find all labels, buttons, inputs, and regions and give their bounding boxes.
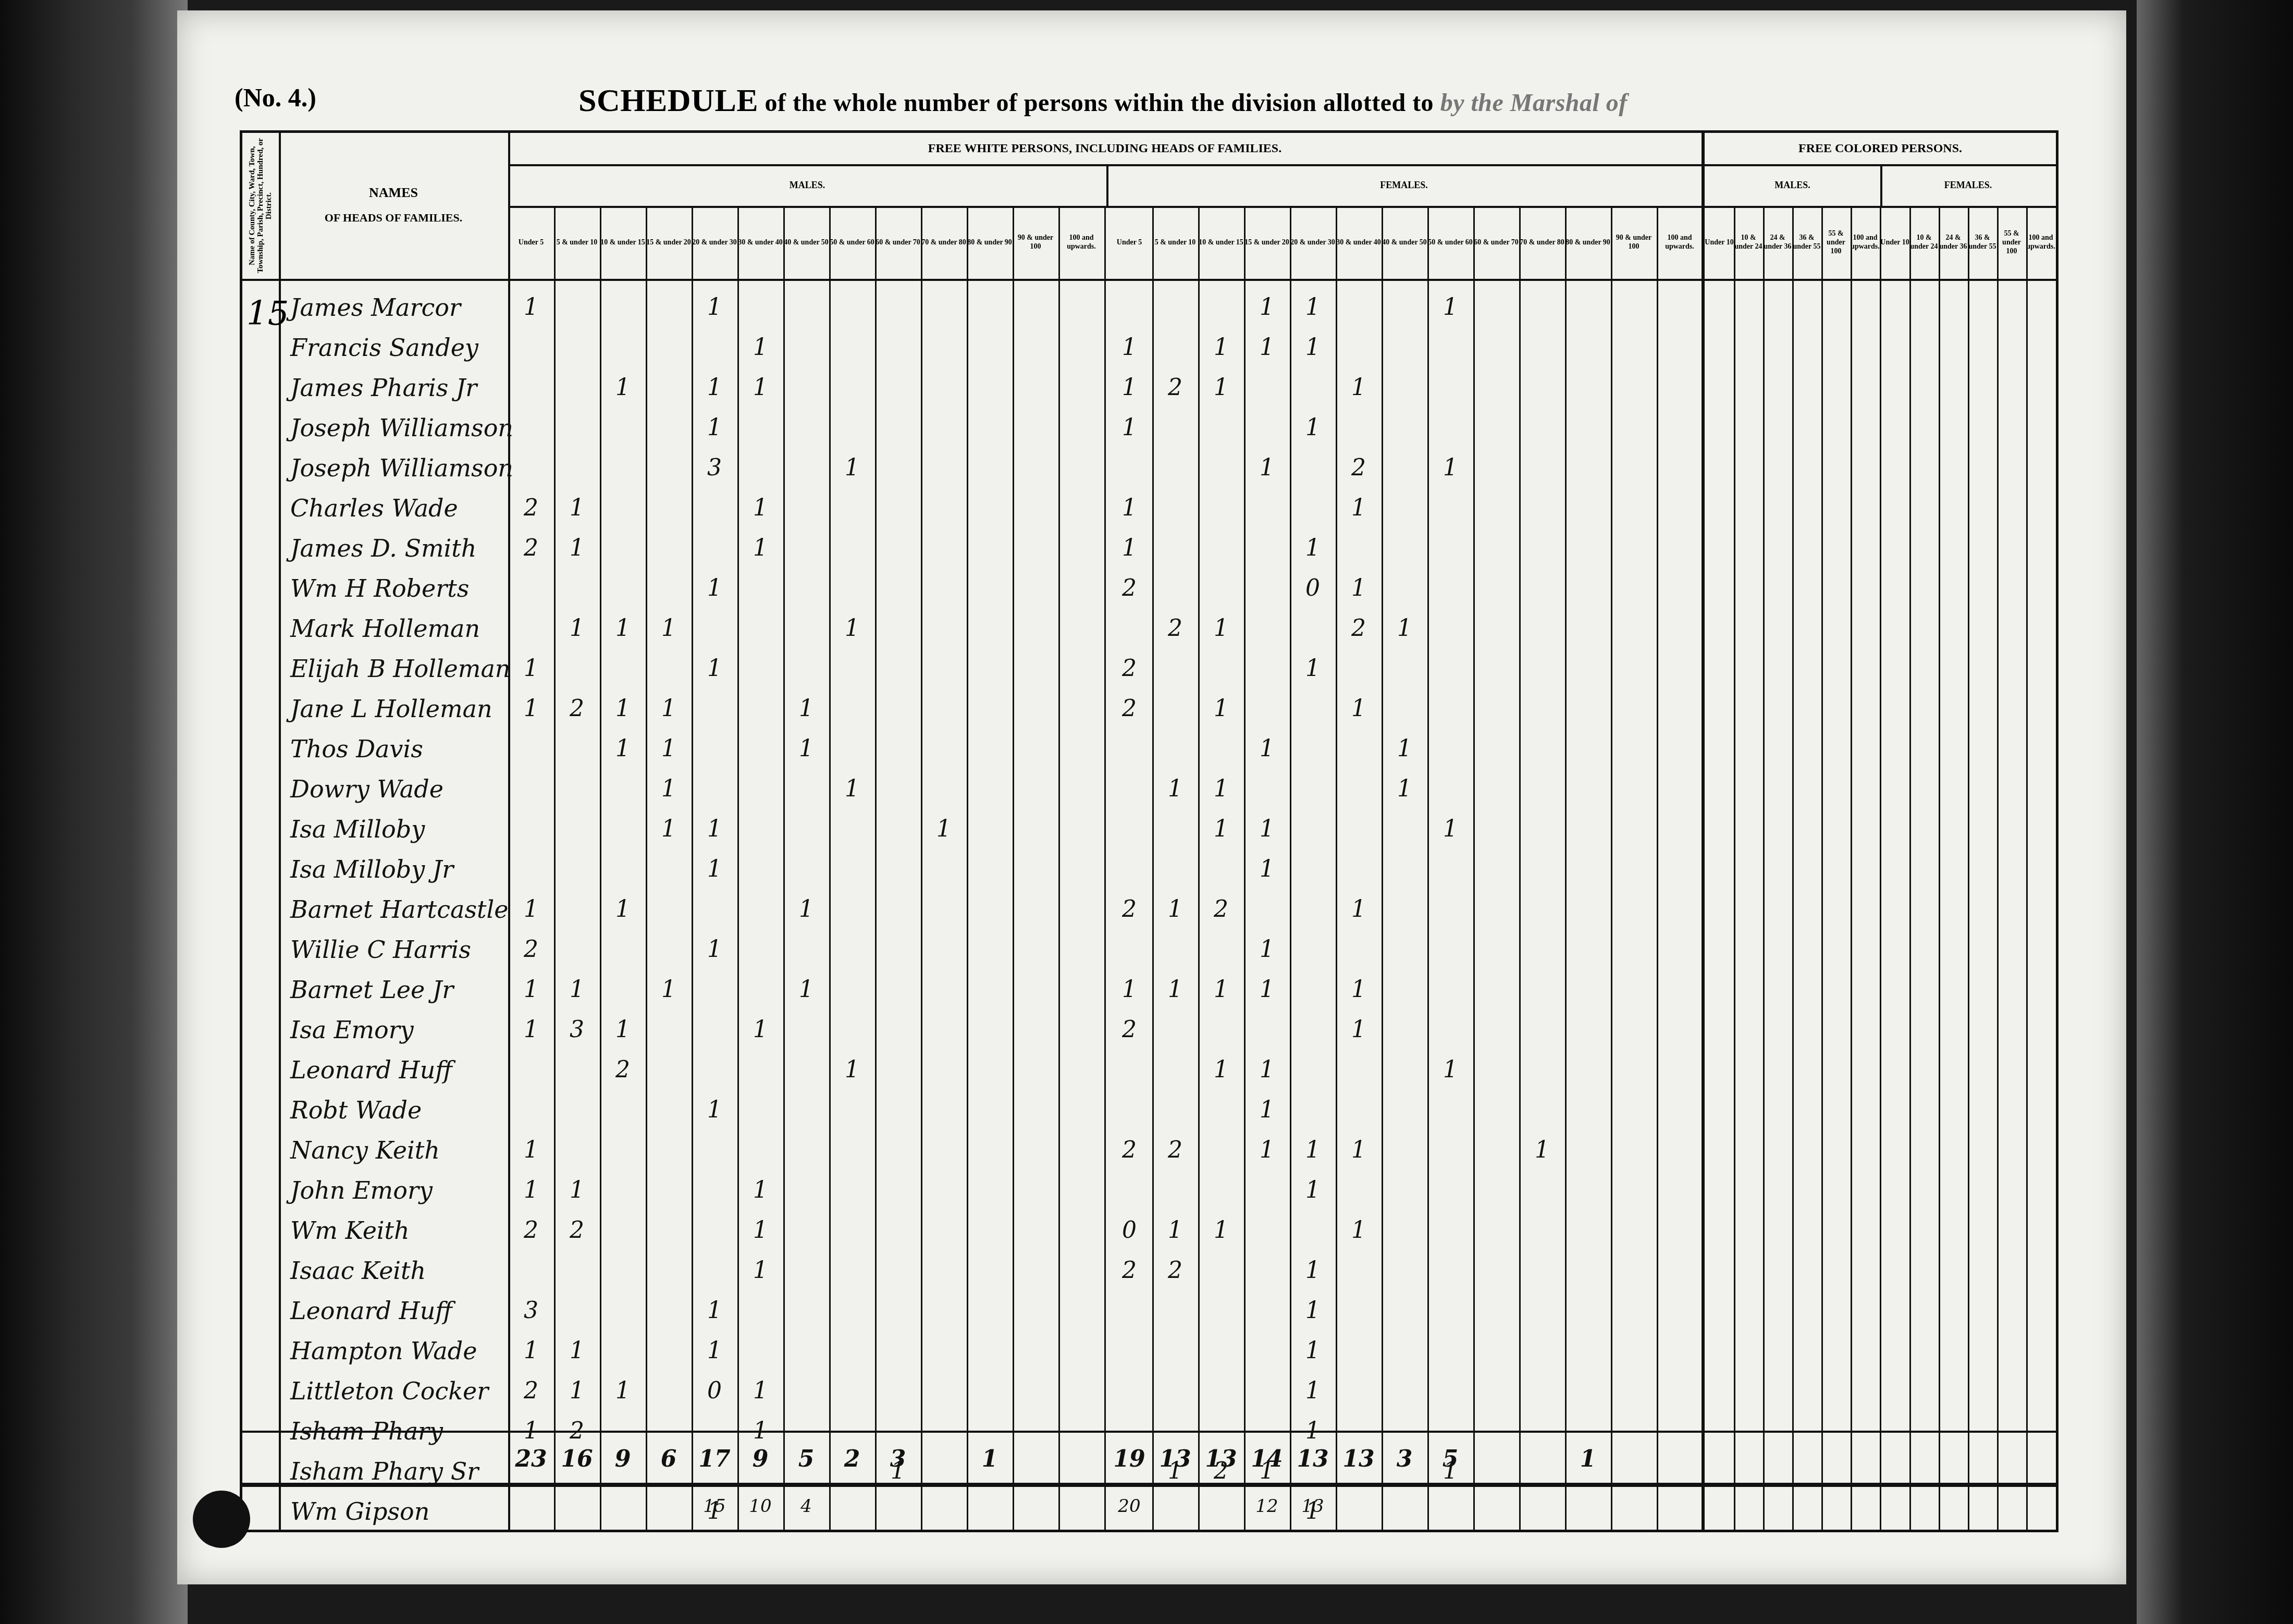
white-male-total: 17 <box>695 1438 734 1480</box>
column-rule <box>921 206 922 1530</box>
head-of-family-name: Nancy Keith <box>290 1132 440 1168</box>
white-male-count: 1 <box>511 691 551 727</box>
white-female-count: 1 <box>1201 691 1241 727</box>
white-male-count: 1 <box>786 731 826 767</box>
white-female-count: 1 <box>1385 731 1424 767</box>
white-female-count: 1 <box>1522 1132 1562 1168</box>
white-male-subtotal: 4 <box>786 1491 826 1522</box>
white-male-col-header: 50 & under 60 <box>829 206 875 279</box>
schedule-title-faded: by the Marshal of <box>1440 89 1628 117</box>
head-of-family-name: Barnet Hartcastle <box>290 891 508 928</box>
schedule-title-lead: SCHEDULE <box>578 83 758 118</box>
white-female-count: 1 <box>1293 1172 1333 1209</box>
white-female-count: 2 <box>1109 1012 1149 1048</box>
white-male-count: 1 <box>786 971 826 1008</box>
column-rule <box>1734 206 1735 1530</box>
white-female-count: 1 <box>1293 1293 1333 1329</box>
head-of-family-name: Willie C Harris <box>290 931 471 968</box>
white-female-count: 2 <box>1201 891 1241 928</box>
white-female-count: 1 <box>1339 570 1378 607</box>
county-column-label: Name of County, City, Ward, Town, Townsh… <box>248 133 273 279</box>
white-male-total: 3 <box>878 1438 918 1480</box>
white-male-count: 1 <box>511 650 551 687</box>
totals-divider <box>242 1431 2056 1433</box>
colored-male-col-header: 36 & under 55 <box>1792 206 1821 279</box>
column-rule <box>1152 206 1154 1530</box>
schedule-title: SCHEDULE of the whole number of persons … <box>578 82 1628 119</box>
census-table: Name of County, City, Ward, Town, Townsh… <box>240 130 2058 1532</box>
white-male-count: 1 <box>741 1373 780 1409</box>
colored-females-header: FEMALES. <box>1880 164 2056 208</box>
white-male-count: 1 <box>741 490 780 526</box>
white-male-count: 1 <box>832 610 872 647</box>
white-female-count: 1 <box>1247 931 1287 968</box>
white-male-count: 2 <box>511 1373 551 1409</box>
white-female-col-header: 70 & under 80 <box>1519 206 1565 279</box>
white-male-count: 1 <box>832 1052 872 1088</box>
white-male-count: 1 <box>695 410 734 446</box>
white-female-col-header: 50 & under 60 <box>1427 206 1473 279</box>
white-male-col-header: 30 & under 40 <box>737 206 783 279</box>
white-female-col-header: Under 5 <box>1106 206 1152 279</box>
head-of-family-name: Wm Gipson <box>290 1493 429 1530</box>
white-female-count: 1 <box>1339 691 1378 727</box>
head-of-family-name: Joseph Williamson <box>290 450 513 486</box>
column-rule <box>1792 206 1794 1530</box>
white-female-count: 2 <box>1109 1252 1149 1289</box>
white-female-subtotal: 12 <box>1247 1491 1287 1522</box>
head-of-family-name: James Pharis Jr <box>290 370 477 406</box>
head-of-family-name: Dowry Wade <box>290 771 443 807</box>
white-female-count: 1 <box>1155 971 1195 1008</box>
white-female-count: 1 <box>1247 1052 1287 1088</box>
white-male-count: 1 <box>511 891 551 928</box>
free-white-title: FREE WHITE PERSONS, INCLUDING HEADS OF F… <box>508 133 1702 166</box>
white-female-count: 1 <box>1247 1132 1287 1168</box>
county-column: Name of County, City, Ward, Town, Townsh… <box>242 133 281 1530</box>
white-male-count: 1 <box>741 1012 780 1048</box>
colored-male-col-header: 24 & under 36 <box>1763 206 1792 279</box>
white-male-count: 1 <box>741 530 780 567</box>
white-male-total: 5 <box>786 1438 826 1480</box>
head-of-family-name: Charles Wade <box>290 490 458 526</box>
white-female-count: 2 <box>1109 650 1149 687</box>
white-male-col-header: 80 & under 90 <box>967 206 1013 279</box>
white-male-count: 2 <box>511 530 551 567</box>
white-male-count: 1 <box>557 971 597 1008</box>
column-rule <box>600 206 601 1530</box>
colored-female-col-header: 55 & under 100 <box>1997 206 2026 279</box>
white-female-count: 1 <box>1339 490 1378 526</box>
white-female-count: 1 <box>1201 1212 1241 1249</box>
colored-males-header: MALES. <box>1705 164 1882 208</box>
head-of-family-name: Leonard Huff <box>290 1293 452 1329</box>
white-female-count: 1 <box>1293 410 1333 446</box>
white-female-col-header: 20 & under 30 <box>1290 206 1336 279</box>
head-of-family-name: Littleton Cocker <box>290 1373 488 1409</box>
column-rule <box>2026 206 2028 1530</box>
white-female-total: 13 <box>1339 1438 1378 1480</box>
white-male-count: 2 <box>511 1212 551 1249</box>
white-male-total: 9 <box>603 1438 643 1480</box>
white-female-count: 1 <box>1109 530 1149 567</box>
white-female-count: 1 <box>1293 530 1333 567</box>
column-rule <box>783 206 785 1530</box>
white-female-count: 1 <box>1293 329 1333 366</box>
white-female-count: 1 <box>1155 891 1195 928</box>
white-male-count: 1 <box>511 289 551 326</box>
column-rule <box>1104 206 1106 1530</box>
white-female-count: 1 <box>1155 1212 1195 1249</box>
white-male-count: 1 <box>557 1373 597 1409</box>
white-male-count: 1 <box>649 691 688 727</box>
head-of-family-name: Isa Milloby <box>290 811 425 847</box>
white-male-col-header: 60 & under 70 <box>875 206 921 279</box>
white-male-col-header: 100 and upwards. <box>1058 206 1104 279</box>
white-male-count: 1 <box>557 1333 597 1369</box>
white-male-col-header: 90 & under 100 <box>1013 206 1058 279</box>
white-female-count: 1 <box>1155 771 1195 807</box>
schedule-heading: (No. 4.) SCHEDULE of the whole number of… <box>235 68 2058 115</box>
head-of-family-name: James D. Smith <box>290 530 476 567</box>
white-male-count: 1 <box>695 931 734 968</box>
white-male-count: 1 <box>741 370 780 406</box>
white-male-col-header: 20 & under 30 <box>692 206 737 279</box>
white-female-count: 1 <box>1247 811 1287 847</box>
white-female-col-header: 80 & under 90 <box>1565 206 1611 279</box>
head-of-family-name: Hampton Wade <box>290 1333 477 1369</box>
column-rule <box>1058 206 1060 1530</box>
white-female-total: 14 <box>1247 1438 1287 1480</box>
totals-bottom-rule <box>242 1483 2056 1487</box>
white-male-count: 1 <box>649 771 688 807</box>
column-rule <box>1519 206 1521 1530</box>
white-female-count: 1 <box>1247 731 1287 767</box>
column-rule <box>737 206 739 1530</box>
scan-border-left <box>0 0 188 1624</box>
schedule-number: (No. 4.) <box>235 82 316 113</box>
white-female-total: 3 <box>1385 1438 1424 1480</box>
white-female-count: 1 <box>1339 1212 1378 1249</box>
column-rule <box>1244 206 1246 1530</box>
head-of-family-name: Leonard Huff <box>290 1052 452 1088</box>
white-female-count: 2 <box>1155 370 1195 406</box>
white-male-total: 2 <box>832 1438 872 1480</box>
white-male-count: 1 <box>695 851 734 888</box>
white-female-count: 1 <box>1109 971 1149 1008</box>
white-female-count: 2 <box>1155 1132 1195 1168</box>
column-rule <box>554 206 556 1530</box>
free-colored-title: FREE COLORED PERSONS. <box>1705 133 2056 166</box>
white-male-count: 1 <box>695 811 734 847</box>
white-male-total: 9 <box>741 1438 780 1480</box>
white-male-count: 1 <box>924 811 964 847</box>
white-male-count: 1 <box>695 1293 734 1329</box>
white-male-count: 0 <box>695 1373 734 1409</box>
head-of-family-name: Joseph Williamson <box>290 410 513 446</box>
white-female-count: 1 <box>1201 771 1241 807</box>
white-males-header: MALES. <box>508 164 1108 208</box>
white-male-col-header: 5 & under 10 <box>554 206 600 279</box>
group-rule <box>1702 133 1705 1530</box>
white-male-count: 1 <box>786 891 826 928</box>
names-column: NAMES OF HEADS OF FAMILIES. James Marcor… <box>279 133 510 1530</box>
white-female-count: 0 <box>1293 570 1333 607</box>
column-rule <box>1427 206 1429 1530</box>
names-header-subtitle: OF HEADS OF FAMILIES. <box>279 211 508 225</box>
head-of-family-name: Thos Davis <box>290 731 423 767</box>
white-female-col-header: 40 & under 50 <box>1382 206 1427 279</box>
white-male-count: 1 <box>832 450 872 486</box>
white-female-count: 1 <box>1109 370 1149 406</box>
white-female-count: 2 <box>1109 1132 1149 1168</box>
column-rule <box>829 206 831 1530</box>
white-female-subtotal: 13 <box>1293 1491 1333 1522</box>
white-female-count: 2 <box>1109 691 1149 727</box>
white-female-count: 1 <box>1247 851 1287 888</box>
white-female-count: 1 <box>1247 971 1287 1008</box>
column-rule <box>1565 206 1567 1530</box>
white-male-total: 6 <box>649 1438 688 1480</box>
colored-female-col-header: 10 & under 24 <box>1909 206 1939 279</box>
white-male-count: 1 <box>695 650 734 687</box>
head-of-family-name: Barnet Lee Jr <box>290 971 453 1008</box>
white-female-col-header: 30 & under 40 <box>1336 206 1382 279</box>
column-rule <box>1290 206 1291 1530</box>
white-female-total: 19 <box>1109 1438 1149 1480</box>
white-male-count: 1 <box>603 370 643 406</box>
column-rule <box>1013 206 1014 1530</box>
colored-male-col-header: Under 10 <box>1705 206 1734 279</box>
white-male-count: 1 <box>695 570 734 607</box>
column-rule <box>646 206 647 1530</box>
white-male-count: 2 <box>511 931 551 968</box>
white-female-total: 1 <box>1568 1438 1608 1480</box>
white-female-count: 1 <box>1109 329 1149 366</box>
white-male-count: 1 <box>557 1172 597 1209</box>
column-rule <box>692 206 693 1530</box>
white-male-count: 1 <box>603 610 643 647</box>
white-female-count: 1 <box>1247 1092 1287 1128</box>
white-female-col-header: 60 & under 70 <box>1473 206 1519 279</box>
colored-female-col-header: 36 & under 55 <box>1968 206 1997 279</box>
white-female-count: 1 <box>1293 1333 1333 1369</box>
white-female-count: 1 <box>1293 650 1333 687</box>
white-male-col-header: Under 5 <box>508 206 554 279</box>
white-female-count: 1 <box>1293 1252 1333 1289</box>
white-female-count: 1 <box>1385 771 1424 807</box>
white-female-col-header: 15 & under 20 <box>1244 206 1290 279</box>
white-female-count: 0 <box>1109 1212 1149 1249</box>
column-rule <box>1198 206 1200 1530</box>
white-female-total: 13 <box>1201 1438 1241 1480</box>
column-rule <box>1968 206 1969 1530</box>
white-male-count: 1 <box>511 971 551 1008</box>
colored-male-col-header: 55 & under 100 <box>1821 206 1851 279</box>
white-male-count: 1 <box>695 289 734 326</box>
head-of-family-name: Francis Sandey <box>290 329 478 366</box>
white-female-count: 2 <box>1109 891 1149 928</box>
white-male-count: 1 <box>603 731 643 767</box>
white-female-count: 1 <box>1247 329 1287 366</box>
column-rule <box>967 206 968 1530</box>
white-female-count: 1 <box>1431 811 1470 847</box>
white-female-count: 1 <box>1201 971 1241 1008</box>
white-female-count: 1 <box>1339 1132 1378 1168</box>
white-male-count: 2 <box>511 490 551 526</box>
white-female-col-header: 5 & under 10 <box>1152 206 1198 279</box>
colored-female-col-header: Under 10 <box>1880 206 1909 279</box>
white-female-count: 1 <box>1109 410 1149 446</box>
white-females-header: FEMALES. <box>1106 164 1702 208</box>
white-male-count: 1 <box>695 370 734 406</box>
white-male-count: 1 <box>649 610 688 647</box>
head-of-family-name: Robt Wade <box>290 1092 422 1128</box>
column-rule <box>1763 206 1765 1530</box>
white-male-count: 1 <box>511 1172 551 1209</box>
white-male-count: 3 <box>695 450 734 486</box>
white-female-col-header: 90 & under 100 <box>1611 206 1657 279</box>
white-female-count: 1 <box>1247 289 1287 326</box>
white-male-subtotal: 10 <box>741 1491 780 1522</box>
white-female-count: 1 <box>1385 610 1424 647</box>
white-female-count: 1 <box>1201 370 1241 406</box>
white-male-count: 1 <box>649 971 688 1008</box>
white-male-total: 16 <box>557 1438 597 1480</box>
head-of-family-name: Wm H Roberts <box>290 570 469 607</box>
white-male-total: 1 <box>970 1438 1009 1480</box>
white-male-col-header: 70 & under 80 <box>921 206 967 279</box>
white-male-count: 1 <box>832 771 872 807</box>
binder-hole <box>193 1491 250 1548</box>
colored-female-col-header: 24 & under 36 <box>1939 206 1968 279</box>
census-page: (No. 4.) SCHEDULE of the whole number of… <box>177 10 2126 1584</box>
column-rule <box>1939 206 1940 1530</box>
white-female-count: 2 <box>1109 570 1149 607</box>
white-female-col-header: 100 and upwards. <box>1657 206 1703 279</box>
white-female-total: 5 <box>1431 1438 1470 1480</box>
white-female-count: 1 <box>1201 1052 1241 1088</box>
white-male-count: 1 <box>557 490 597 526</box>
white-female-count: 1 <box>1339 370 1378 406</box>
scan-border-right <box>2137 0 2293 1624</box>
white-male-count: 1 <box>741 329 780 366</box>
head-of-family-name: Isa Milloby Jr <box>290 851 453 888</box>
white-male-total: 23 <box>511 1438 551 1480</box>
white-male-count: 1 <box>511 1132 551 1168</box>
colored-male-col-header: 100 and upwards. <box>1851 206 1880 279</box>
column-rule <box>1611 206 1612 1530</box>
white-female-count: 1 <box>1293 289 1333 326</box>
names-column-header: NAMES OF HEADS OF FAMILIES. <box>279 133 508 281</box>
white-male-count: 1 <box>741 1172 780 1209</box>
head-of-family-name: Elijah B Holleman <box>290 650 511 687</box>
head-of-family-name: Wm Keith <box>290 1212 410 1249</box>
column-rule <box>1851 206 1852 1530</box>
white-male-count: 1 <box>649 811 688 847</box>
column-rule <box>1997 206 1999 1530</box>
white-female-count: 2 <box>1339 450 1378 486</box>
white-female-count: 1 <box>1339 971 1378 1008</box>
white-female-count: 1 <box>1293 1373 1333 1409</box>
white-female-total: 13 <box>1155 1438 1195 1480</box>
white-male-count: 1 <box>603 1373 643 1409</box>
column-rule <box>1473 206 1475 1530</box>
head-of-family-name: Isa Emory <box>290 1012 414 1048</box>
white-female-count: 1 <box>1431 1052 1470 1088</box>
white-male-count: 1 <box>603 1012 643 1048</box>
column-rule <box>1909 206 1911 1530</box>
white-male-count: 2 <box>557 691 597 727</box>
white-female-total: 13 <box>1293 1438 1333 1480</box>
colored-male-col-header: 10 & under 24 <box>1734 206 1763 279</box>
county-column-header: Name of County, City, Ward, Town, Townsh… <box>242 133 279 281</box>
white-male-col-header: 15 & under 20 <box>646 206 692 279</box>
white-male-count: 1 <box>603 891 643 928</box>
white-female-col-header: 10 & under 15 <box>1198 206 1244 279</box>
white-female-count: 1 <box>1339 891 1378 928</box>
white-female-count: 2 <box>1155 1252 1195 1289</box>
head-of-family-name: Jane L Holleman <box>290 691 492 727</box>
column-rule <box>1821 206 1823 1530</box>
white-male-count: 2 <box>557 1212 597 1249</box>
white-female-subtotal: 20 <box>1109 1491 1149 1522</box>
white-female-count: 1 <box>1431 450 1470 486</box>
white-male-count: 3 <box>557 1012 597 1048</box>
white-male-count: 1 <box>741 1212 780 1249</box>
white-male-count: 1 <box>741 1252 780 1289</box>
white-female-count: 1 <box>1109 490 1149 526</box>
white-female-count: 1 <box>1293 1132 1333 1168</box>
names-header-title: NAMES <box>279 185 508 201</box>
white-male-count: 1 <box>649 731 688 767</box>
white-male-count: 1 <box>695 1333 734 1369</box>
white-female-count: 2 <box>1339 610 1378 647</box>
white-male-count: 1 <box>557 530 597 567</box>
white-male-count: 3 <box>511 1293 551 1329</box>
column-rule <box>1336 206 1337 1530</box>
schedule-title-rest: of the whole number of persons within th… <box>765 89 1434 117</box>
white-male-col-header: 40 & under 50 <box>783 206 829 279</box>
white-female-count: 1 <box>1431 289 1470 326</box>
white-male-count: 1 <box>557 610 597 647</box>
colored-female-col-header: 100 and upwards. <box>2026 206 2055 279</box>
head-of-family-name: John Emory <box>290 1172 433 1209</box>
column-rule <box>1657 206 1658 1530</box>
white-male-subtotal: 15 <box>695 1491 734 1522</box>
column-rule <box>1880 206 1881 1530</box>
head-of-family-name: James Marcor <box>290 289 461 326</box>
white-male-count: 1 <box>786 691 826 727</box>
column-rule <box>875 206 877 1530</box>
white-female-count: 1 <box>1201 610 1241 647</box>
white-female-count: 1 <box>1201 329 1241 366</box>
head-of-family-name: Mark Holleman <box>290 610 480 647</box>
white-female-count: 1 <box>1247 450 1287 486</box>
white-male-count: 1 <box>603 691 643 727</box>
column-rule <box>1382 206 1383 1530</box>
white-male-count: 1 <box>511 1012 551 1048</box>
white-male-count: 1 <box>695 1092 734 1128</box>
white-female-count: 1 <box>1339 1012 1378 1048</box>
white-male-col-header: 10 & under 15 <box>600 206 646 279</box>
head-of-family-name: Isaac Keith <box>290 1252 426 1289</box>
white-male-count: 1 <box>511 1333 551 1369</box>
white-female-count: 1 <box>1201 811 1241 847</box>
white-female-count: 2 <box>1155 610 1195 647</box>
white-male-count: 2 <box>603 1052 643 1088</box>
